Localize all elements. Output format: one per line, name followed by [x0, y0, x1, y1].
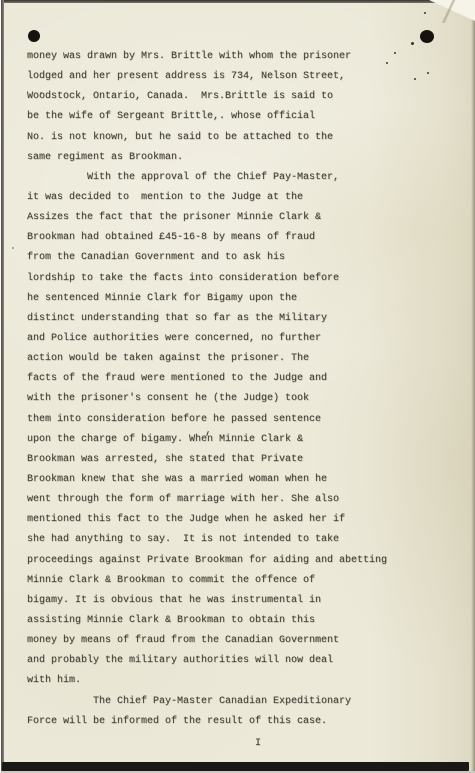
document-line: with him. — [27, 671, 457, 691]
document-line: upon the charge of bigamy. When Minnie C… — [27, 430, 457, 450]
document-line: she had anything to say. It is not inten… — [27, 530, 457, 550]
ink-speck — [386, 62, 388, 64]
document-line: action would be taken against the prison… — [27, 349, 457, 369]
document-line: money by means of fraud from the Canadia… — [27, 631, 457, 651]
document-line: Brookman had obtained £45-16-8 by means … — [27, 228, 457, 248]
punch-hole-left — [28, 30, 40, 42]
document-line: Brookman was arrested, she stated that P… — [27, 450, 457, 470]
page-number: I — [255, 738, 261, 749]
scan-edge-right — [471, 0, 475, 773]
document-line: be the wife of Sergeant Brittle,. whose … — [27, 107, 457, 127]
document-line: from the Canadian Government and to ask … — [27, 248, 457, 268]
document-line: No. is not known, but he said to be atta… — [27, 128, 457, 148]
document-line: Assizes the fact that the prisoner Minni… — [27, 208, 457, 228]
document-line: proceedings against Private Brookman for… — [27, 551, 457, 571]
document-line: he sentenced Minnie Clark for Bigamy upo… — [27, 289, 457, 309]
scan-edge-left — [1, 0, 4, 773]
document-line: facts of the fraud were mentioned to the… — [27, 369, 457, 389]
ink-speck — [12, 247, 14, 249]
document-line: With the approval of the Chief Pay-Maste… — [27, 168, 457, 188]
document-line: assisting Minnie Clark & Brookman to obt… — [27, 611, 457, 631]
document-line: lodged and her present address is 734, N… — [27, 67, 457, 87]
ink-speck — [40, 92, 42, 94]
ink-speck — [424, 12, 426, 14]
scan-edge-bottom — [2, 762, 469, 771]
document-line: lordship to take the facts into consider… — [27, 269, 457, 289]
document-line: went through the form of marriage with h… — [27, 490, 457, 510]
document-line: and probably the military authorities wi… — [27, 651, 457, 671]
document-line: Woodstock, Ontario, Canada. Mrs.Brittle … — [27, 87, 457, 107]
document-line: it was decided to mention to the Judge a… — [27, 188, 457, 208]
document-line: mentioned this fact to the Judge when he… — [27, 510, 457, 530]
ink-speck — [427, 72, 429, 74]
ink-speck — [414, 78, 416, 80]
document-line: money was drawn by Mrs. Brittle with who… — [27, 47, 457, 67]
document-line: The Chief Pay-Master Canadian Expedition… — [27, 692, 457, 712]
document-line: them into consideration before he passed… — [27, 410, 457, 430]
document-line: with the prisoner's consent he (the Judg… — [27, 389, 457, 409]
ink-speck — [411, 42, 414, 45]
ink-speck — [394, 52, 396, 54]
document-line: Minnie Clark & Brookman to commit the of… — [27, 571, 457, 591]
scan-edge-top — [0, 0, 475, 3]
document-line: and Police authorities were concerned, n… — [27, 329, 457, 349]
scan-edge-left-highlight — [0, 0, 1, 773]
document-line: same regiment as Brookman. — [27, 148, 457, 168]
document-line: bigamy. It is obvious that he was instru… — [27, 591, 457, 611]
document-body-text: money was drawn by Mrs. Brittle with who… — [27, 47, 457, 732]
scanned-document-page: money was drawn by Mrs. Brittle with who… — [0, 0, 475, 773]
document-line: Brookman knew that she was a married wom… — [27, 470, 457, 490]
punch-hole-right — [420, 30, 434, 43]
document-line: Force will be informed of the result of … — [27, 712, 457, 732]
document-line: distinct understanding that so far as th… — [27, 309, 457, 329]
